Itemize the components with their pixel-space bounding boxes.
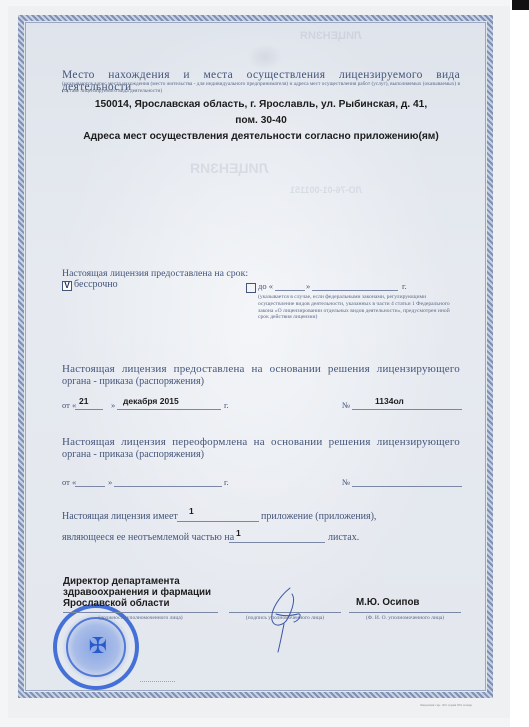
show-through-text: ЛИЦЕНЗИЯ: [190, 160, 268, 176]
unlimited-label: бессрочно: [74, 279, 118, 290]
granted-year-suffix: г.: [224, 400, 229, 410]
appendix-count-underline: [177, 521, 259, 522]
reissued-number-prefix: №: [342, 477, 350, 487]
granted-month-underline: [117, 409, 221, 410]
position-underline: [63, 612, 218, 613]
granted-quote-close: »: [111, 400, 115, 410]
signatory-position: Директор департамента здравоохранения и …: [63, 576, 233, 609]
reissued-month-year-field[interactable]: [114, 486, 222, 487]
appendix-line2-prefix: являющееся ее неотъемлемой частью на: [62, 532, 234, 543]
location-note: (указываются адрес места нахождения (мес…: [62, 81, 460, 94]
show-through-text: ЛИЦЕНЗИЯ: [300, 30, 362, 42]
granted-number-underline: [352, 409, 462, 410]
until-date-quote: »: [306, 281, 310, 291]
reissued-title: Настоящая лицензия переоформлена на осно…: [62, 436, 460, 448]
appendix-count: 1: [189, 506, 194, 516]
until-month-year-field[interactable]: [312, 290, 398, 291]
unlimited-checkbox[interactable]: V: [62, 281, 72, 291]
address-line-1: 150014, Ярославская область, г. Ярославл…: [62, 99, 460, 110]
appendix-line2-suffix: листах.: [328, 532, 359, 543]
signatory-name: М.Ю. Осипов: [356, 597, 419, 608]
until-date-suffix: г.: [402, 281, 407, 291]
position-caption: (должность уполномоченного лица): [63, 615, 218, 621]
reissued-number-field[interactable]: [352, 486, 462, 487]
granted-number-prefix: №: [342, 400, 350, 410]
appendix-sheets-underline: [229, 542, 325, 543]
reissued-quote-close: »: [108, 477, 112, 487]
appendix-sheets: 1: [236, 528, 241, 538]
show-through-text: ЛО-76-01-001151: [290, 185, 362, 195]
appendix-line1-suffix: приложение (приложения),: [261, 511, 376, 522]
granted-month-year: декабря 2015: [123, 396, 179, 406]
granted-number: 1134ол: [375, 396, 404, 406]
reissued-subtitle: органа - приказа (распоряжения): [62, 449, 204, 460]
granted-day: 21: [79, 396, 88, 406]
address-line-2: пом. 30-40: [62, 115, 460, 126]
eagle-emblem-icon: ✠: [87, 634, 109, 660]
granted-title: Настоящая лицензия предоставлена на осно…: [62, 363, 460, 375]
granted-day-underline: [75, 409, 103, 410]
term-label: Настоящая лицензия предоставлена на срок…: [62, 268, 248, 279]
until-date-checkbox[interactable]: [246, 283, 256, 293]
granted-subtitle: органа - приказа (распоряжения): [62, 376, 204, 387]
name-caption: (Ф. И. О. уполномоченного лица): [349, 615, 461, 621]
appendix-line1-prefix: Настоящая лицензия имеет: [62, 511, 178, 522]
until-date-note: (указывается в случае, если федеральными…: [258, 294, 458, 321]
reissued-day-field[interactable]: [75, 486, 105, 487]
reissued-year-suffix: г.: [224, 477, 229, 487]
until-date-prefix: до «: [258, 281, 273, 291]
until-day-field[interactable]: [275, 290, 305, 291]
name-underline: [349, 612, 461, 613]
address-line-3: Адреса мест осуществления деятельности с…: [62, 131, 460, 142]
scan-edge: [512, 0, 529, 10]
scan-margin: [510, 0, 529, 727]
printer-imprint: Лицензия сер. ЛО серия 001 номер: [420, 703, 472, 707]
coat-of-arms-watermark-icon: [247, 44, 283, 70]
stamp-ink-mark: [140, 675, 175, 682]
